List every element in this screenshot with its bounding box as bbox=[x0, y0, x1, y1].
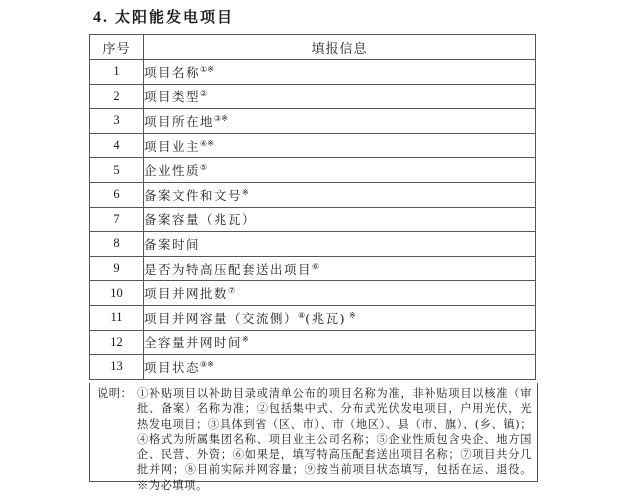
header-info: 填报信息 bbox=[144, 35, 536, 60]
field-label-text: 备案容量（兆瓦） bbox=[144, 212, 256, 227]
footnote-mark: ③※ bbox=[214, 114, 228, 123]
field-label-text: 全容量并网时间 bbox=[144, 335, 242, 350]
field-label-text: 企业性质 bbox=[144, 163, 200, 178]
row-field-label: 项目并网容量（交流侧）⑧(兆瓦)※ bbox=[144, 305, 536, 330]
row-index: 7 bbox=[90, 207, 144, 232]
footnote-mark: ⑤ bbox=[200, 163, 207, 172]
row-field-label: 全容量并网时间※ bbox=[144, 330, 536, 355]
footnote-mark: ② bbox=[200, 89, 207, 98]
row-field-label: 企业性质⑤ bbox=[144, 158, 536, 183]
notes-text: ①补贴项目以补助目录或清单公布的项目名称为准，非补贴项目以核准（审批、备案）名称… bbox=[137, 386, 532, 493]
footnote-mark: ⑥ bbox=[312, 262, 319, 271]
table-row: 12全容量并网时间※ bbox=[90, 330, 536, 355]
field-label-text: 项目名称 bbox=[144, 65, 200, 80]
table-row: 10项目并网批数⑦ bbox=[90, 281, 536, 306]
row-index: 13 bbox=[90, 355, 144, 380]
row-index: 12 bbox=[90, 330, 144, 355]
row-field-label: 是否为特高压配套送出项目⑥ bbox=[144, 256, 536, 281]
table-row: 2项目类型② bbox=[90, 84, 536, 109]
section-number: 4. bbox=[93, 9, 109, 26]
row-field-label: 备案文件和文号※ bbox=[144, 182, 536, 207]
table-header-row: 序号 填报信息 bbox=[90, 35, 536, 60]
row-field-label: 项目并网批数⑦ bbox=[144, 281, 536, 306]
table-row: 3项目所在地③※ bbox=[90, 109, 536, 134]
section-title-text: 太阳能发电项目 bbox=[115, 8, 234, 26]
footnote-mark: ※ bbox=[242, 335, 249, 344]
row-index: 6 bbox=[90, 182, 144, 207]
row-field-label: 备案容量（兆瓦） bbox=[144, 207, 536, 232]
footnote-mark: ④※ bbox=[200, 139, 214, 148]
row-index: 5 bbox=[90, 158, 144, 183]
row-index: 11 bbox=[90, 305, 144, 330]
table-row: 6备案文件和文号※ bbox=[90, 182, 536, 207]
row-field-label: 项目状态⑨※ bbox=[144, 355, 536, 380]
table-row: 1项目名称①※ bbox=[90, 60, 536, 85]
notes-label: 说明： bbox=[97, 386, 137, 401]
table-row: 8备案时间 bbox=[90, 232, 536, 257]
header-index: 序号 bbox=[90, 35, 144, 60]
table-row: 4项目业主④※ bbox=[90, 133, 536, 158]
table-row: 7备案容量（兆瓦） bbox=[90, 207, 536, 232]
row-field-label: 项目名称①※ bbox=[144, 60, 536, 85]
field-label-text: 项目所在地 bbox=[144, 114, 214, 129]
row-field-label: 备案时间 bbox=[144, 232, 536, 257]
field-label-text: 备案文件和文号 bbox=[144, 188, 242, 203]
row-index: 10 bbox=[90, 281, 144, 306]
field-label-text: 项目状态 bbox=[144, 360, 200, 375]
field-label-text: 项目并网容量（交流侧） bbox=[144, 311, 298, 326]
field-label-text: 备案时间 bbox=[144, 237, 200, 252]
footnote-mark: ①※ bbox=[200, 65, 214, 74]
solar-project-form-table: 序号 填报信息 1项目名称①※2项目类型②3项目所在地③※4项目业主④※5企业性… bbox=[89, 34, 536, 380]
field-label-text: 是否为特高压配套送出项目 bbox=[144, 262, 312, 277]
table-row: 5企业性质⑤ bbox=[90, 158, 536, 183]
row-field-label: 项目业主④※ bbox=[144, 133, 536, 158]
field-label-text: 项目并网批数 bbox=[144, 286, 228, 301]
footnote-mark: ※ bbox=[242, 188, 249, 197]
row-index: 3 bbox=[90, 109, 144, 134]
field-unit-text: (兆瓦) bbox=[305, 311, 346, 326]
row-index: 9 bbox=[90, 256, 144, 281]
footnote-mark: ⑦ bbox=[228, 286, 235, 295]
required-mark: ※ bbox=[349, 311, 356, 320]
row-field-label: 项目所在地③※ bbox=[144, 109, 536, 134]
footnote-mark: ⑨※ bbox=[200, 360, 214, 369]
row-index: 2 bbox=[90, 84, 144, 109]
field-label-text: 项目业主 bbox=[144, 139, 200, 154]
table-row: 11项目并网容量（交流侧）⑧(兆瓦)※ bbox=[90, 305, 536, 330]
row-index: 4 bbox=[90, 133, 144, 158]
table-row: 13项目状态⑨※ bbox=[90, 355, 536, 380]
field-label-text: 项目类型 bbox=[144, 89, 200, 104]
row-index: 1 bbox=[90, 60, 144, 85]
section-title: 4.太阳能发电项目 bbox=[93, 6, 234, 27]
row-index: 8 bbox=[90, 232, 144, 257]
notes-box: 说明： ①补贴项目以补助目录或清单公布的项目名称为准，非补贴项目以核准（审批、备… bbox=[89, 383, 538, 482]
table-row: 9是否为特高压配套送出项目⑥ bbox=[90, 256, 536, 281]
row-field-label: 项目类型② bbox=[144, 84, 536, 109]
